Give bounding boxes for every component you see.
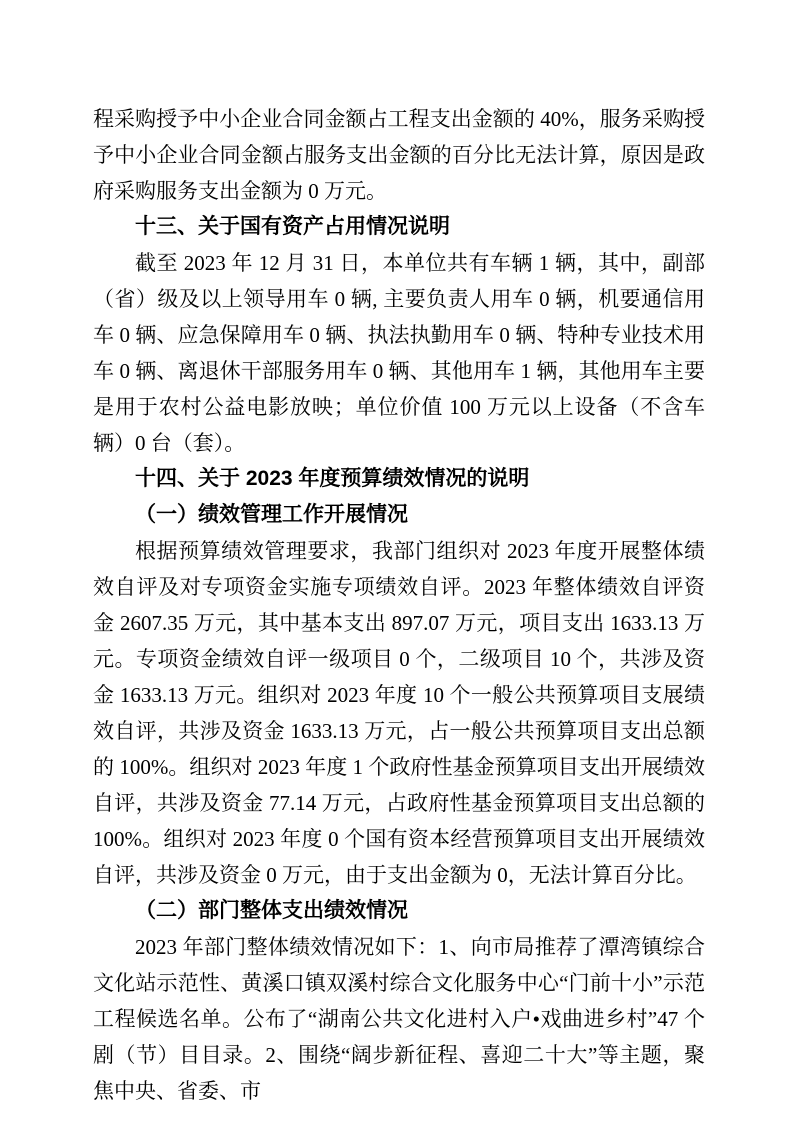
paragraph: 程采购授予中小企业合同金额占工程支出金额的 40%，服务采购授予中小企业合同金额…	[93, 101, 705, 209]
section-heading: （一）绩效管理工作开展情况	[93, 497, 705, 533]
section-heading: （二）部门整体支出绩效情况	[93, 893, 705, 929]
document-content: 程采购授予中小企业合同金额占工程支出金额的 40%，服务采购授予中小企业合同金额…	[93, 101, 705, 1109]
section-heading: 十四、关于 2023 年度预算绩效情况的说明	[93, 461, 705, 497]
document-page: 程采购授予中小企业合同金额占工程支出金额的 40%，服务采购授予中小企业合同金额…	[0, 0, 793, 1122]
section-heading: 十三、关于国有资产占用情况说明	[93, 209, 705, 245]
paragraph: 截至 2023 年 12 月 31 日，本单位共有车辆 1 辆，其中，副部（省）…	[93, 245, 705, 461]
paragraph: 根据预算绩效管理要求，我部门组织对 2023 年度开展整体绩效自评及对专项资金实…	[93, 533, 705, 893]
paragraph: 2023 年部门整体绩效情况如下：1、向市局推荐了潭湾镇综合文化站示范性、黄溪口…	[93, 929, 705, 1109]
